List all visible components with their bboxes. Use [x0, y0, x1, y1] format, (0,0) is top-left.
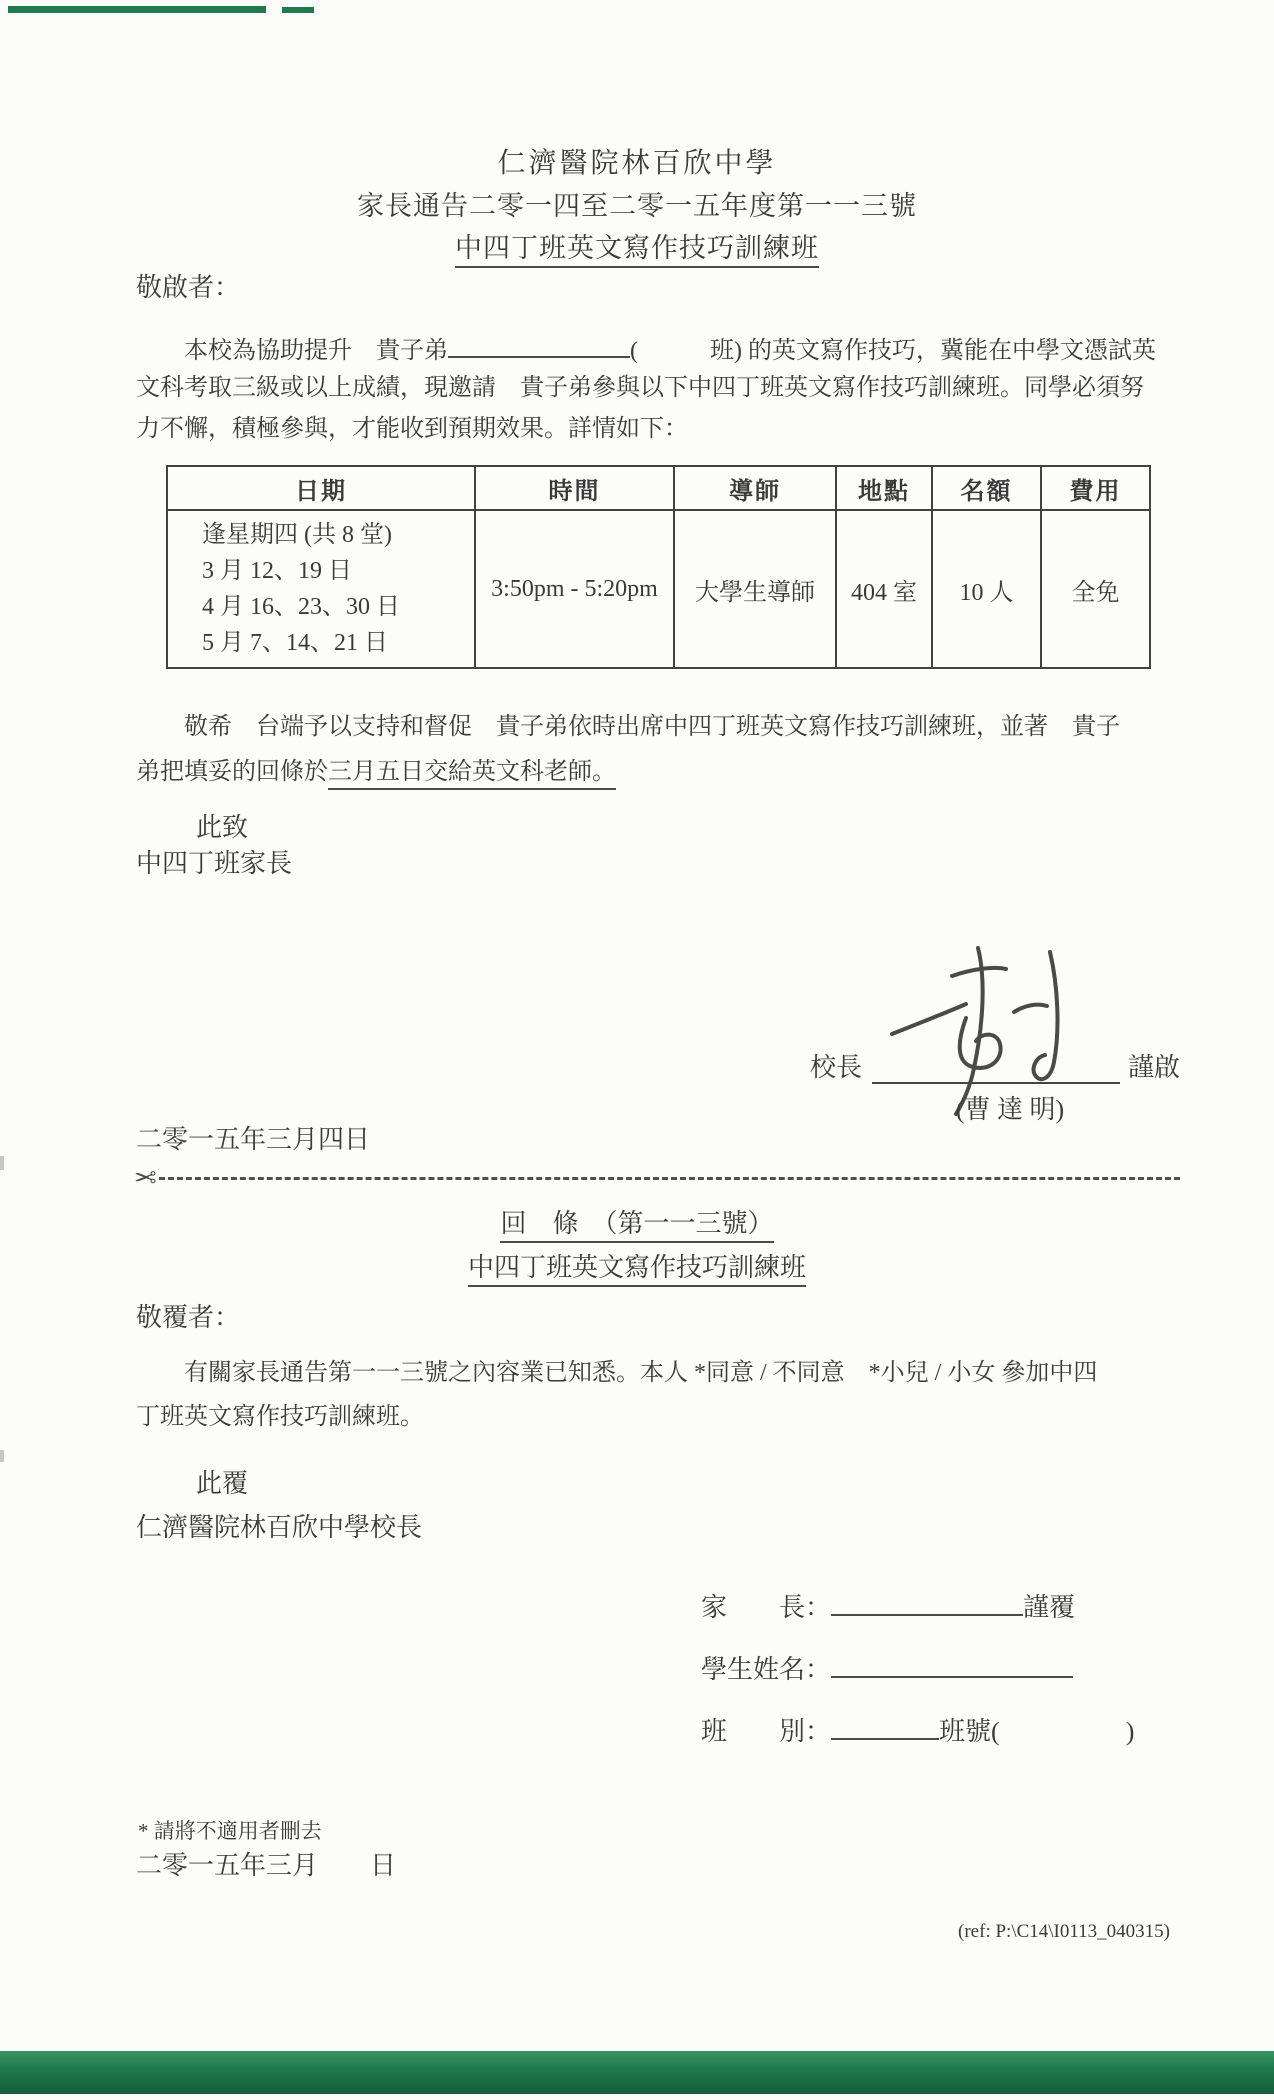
class-blank [831, 1712, 939, 1740]
notice-number-line: 家長通告二零一四至二零一五年度第一一三號 [0, 190, 1274, 224]
scanned-notice-page: 仁濟醫院林百欣中學 家長通告二零一四至二零一五年度第一一三號 中四丁班英文寫作技… [0, 0, 1274, 2100]
footnote: * 請將不適用者刪去 [138, 1818, 322, 1844]
school-name: 仁濟醫院林百欣中學 [0, 146, 1274, 181]
tutor-cell: 大學生導師 [674, 510, 836, 668]
course-details-table: 日期 時間 導師 地點 名額 費用 逢星期四 (共 8 堂) 3 月 12、19… [166, 465, 1151, 669]
deadline-underlined: 三月五日交給英文科老師。 [328, 759, 616, 790]
col-header-time: 時間 [475, 466, 674, 510]
col-header-quota: 名額 [932, 466, 1041, 510]
col-header-fee: 費用 [1041, 466, 1150, 510]
reply-date-line: 二零一五年三月 日 [136, 1850, 396, 1883]
salutation: 敬啟者： [136, 272, 240, 305]
reply-closing-recipient: 仁濟醫院林百欣中學校長 [136, 1512, 422, 1545]
principal-label: 校長 [810, 1052, 862, 1085]
paragraph2-line2: 弟把填妥的回條於三月五日交給英文科老師。 [136, 757, 616, 787]
file-reference: (ref: P:\C14\I0113_040315) [958, 1920, 1170, 1944]
cut-here-line: ✂ [134, 1164, 1180, 1192]
scan-artifact-top-dash [282, 7, 314, 13]
scan-artifact-speck [0, 1450, 4, 1462]
venue-cell: 404 室 [836, 510, 932, 668]
col-header-tutor: 導師 [674, 466, 836, 510]
paragraph1-line1: 本校為協助提升 貴子弟( 班) 的英文寫作技巧，冀能在中學文憑試英 [136, 330, 1156, 366]
closing-to: 此致 [196, 812, 248, 845]
scan-artifact-top-line [8, 6, 266, 13]
reply-slip-subtitle: 中四丁班英文寫作技巧訓練班 [0, 1252, 1274, 1285]
scan-artifact-bottom-band [0, 2051, 1274, 2094]
letter-date: 二零一五年三月四日 [136, 1124, 370, 1157]
student-name-blank [831, 1650, 1073, 1678]
quota-cell: 10 人 [932, 510, 1041, 668]
scissors-icon: ✂ [134, 1163, 157, 1194]
closing-recipient: 中四丁班家長 [136, 848, 292, 881]
document-title: 中四丁班英文寫作技巧訓練班 [0, 232, 1274, 266]
reply-closing-to: 此覆 [196, 1468, 248, 1501]
form-row-class: 班 別：班號() [701, 1712, 1134, 1749]
reply-salutation: 敬覆者： [136, 1302, 240, 1335]
signature-line [872, 1082, 1120, 1084]
reply-body-line2: 丁班英文寫作技巧訓練班。 [136, 1402, 424, 1432]
principal-name: (曹 達 明) [905, 1094, 1115, 1127]
student-name-blank [448, 330, 630, 358]
reply-body-line1: 有關家長通告第一一三號之內容業已知悉。本人 *同意 / 不同意 *小兒 / 小女… [136, 1358, 1097, 1388]
col-header-date: 日期 [167, 466, 475, 510]
col-header-venue: 地點 [836, 466, 932, 510]
paragraph1-line2: 文科考取三級或以上成績，現邀請 貴子弟參與以下中四丁班英文寫作技巧訓練班。同學必… [136, 373, 1144, 403]
parent-signature-blank [831, 1588, 1023, 1616]
reply-slip-title: 回 條 （第一一三號） [0, 1208, 1274, 1241]
form-row-student-name: 學生姓名： [701, 1650, 1073, 1687]
form-row-parent: 家 長：謹覆 [701, 1588, 1075, 1625]
sign-off: 謹啟 [1128, 1052, 1180, 1085]
paragraph1-line3: 力不懈，積極參與，才能收到預期效果。詳情如下： [136, 414, 688, 444]
scan-artifact-speck [0, 1156, 4, 1170]
table-header-row: 日期 時間 導師 地點 名額 費用 [167, 466, 1150, 510]
table-row: 逢星期四 (共 8 堂) 3 月 12、19 日 4 月 16、23、30 日 … [167, 510, 1150, 668]
paragraph2-line1: 敬希 台端予以支持和督促 貴子弟依時出席中四丁班英文寫作技巧訓練班，並著 貴子 [136, 712, 1120, 742]
fee-cell: 全免 [1041, 510, 1150, 668]
date-cell: 逢星期四 (共 8 堂) 3 月 12、19 日 4 月 16、23、30 日 … [167, 510, 475, 668]
time-cell: 3:50pm - 5:20pm [475, 510, 674, 668]
dashed-cut-rule [159, 1177, 1180, 1180]
